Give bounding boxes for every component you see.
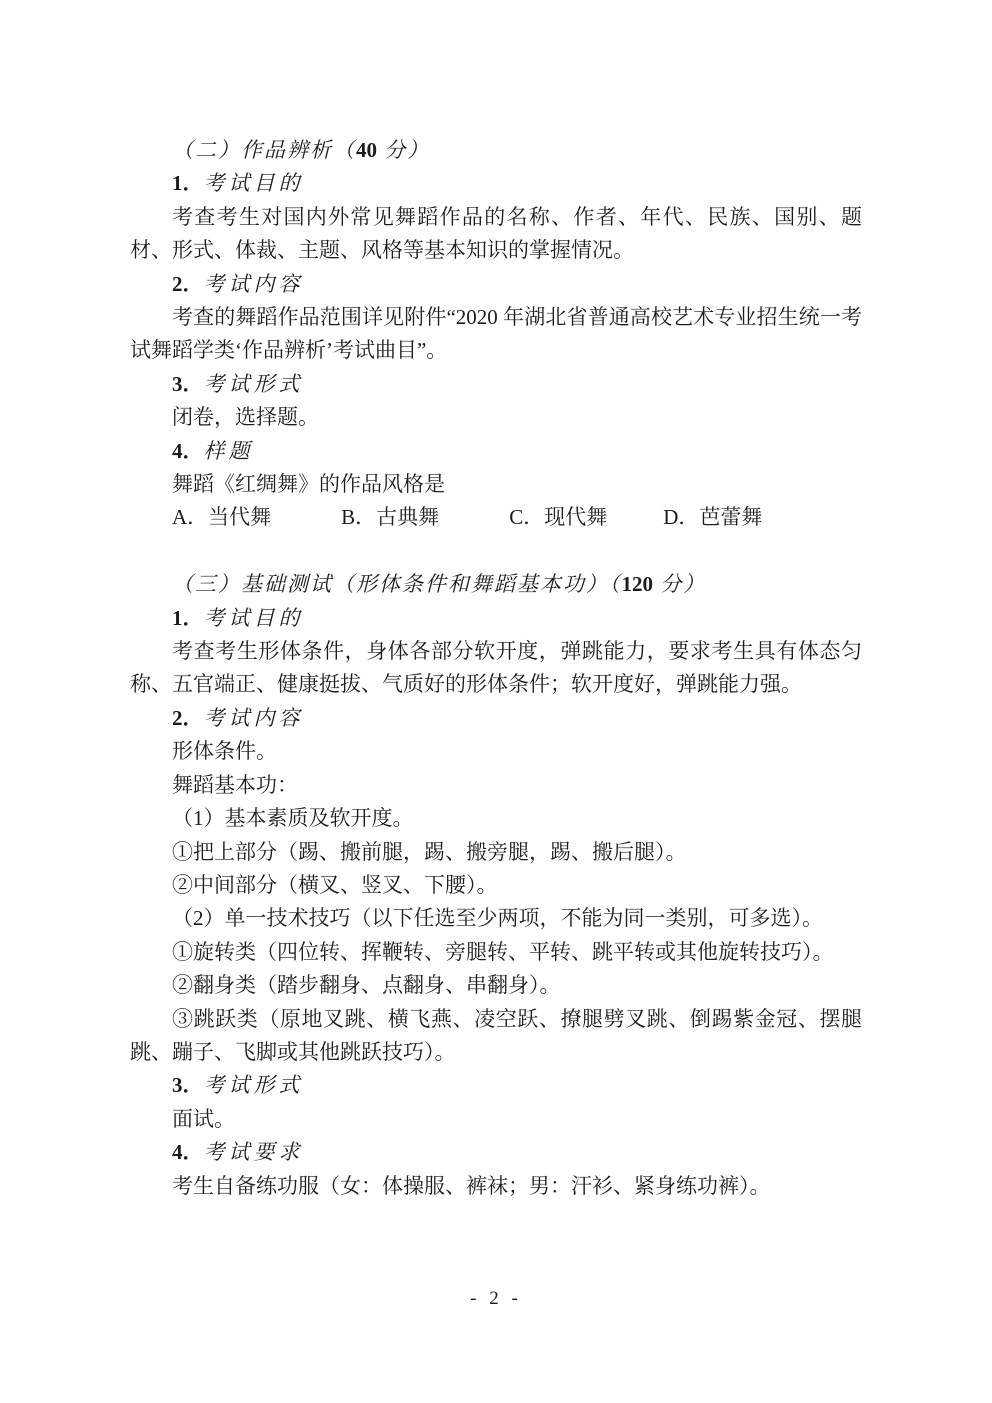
option: D．芭蕾舞 xyxy=(663,501,762,534)
heading-number: 4． xyxy=(172,1140,204,1164)
option: B．古典舞 xyxy=(341,501,439,534)
spacer xyxy=(130,535,862,568)
paragraph: （2）单一技术技巧（以下任选至少两项，不能为同一类别，可多选）。 xyxy=(130,902,862,935)
paragraph: 闭卷，选择题。 xyxy=(130,401,862,434)
paragraph: ②翻身类（踏步翻身、点翻身、串翻身）。 xyxy=(130,969,862,1002)
paragraph: ②中间部分（横叉、竖叉、下腰）。 xyxy=(130,869,862,902)
heading-number: 3． xyxy=(172,372,204,396)
heading-text: 考试形式 xyxy=(204,1073,304,1097)
paragraph: 考生自备练功服（女：体操服、裤袜；男：汗衫、紧身练功裤）。 xyxy=(130,1170,862,1203)
heading-score: 120 xyxy=(622,572,654,596)
section-heading: （二）作品辨析（40 分） xyxy=(130,134,862,167)
heading-text: 考试目的 xyxy=(204,606,304,630)
document-page: （二）作品辨析（40 分）1．考试目的考查考生对国内外常见舞蹈作品的名称、作者、… xyxy=(0,0,992,1403)
option: C．现代舞 xyxy=(509,501,607,534)
heading-number: 4． xyxy=(172,439,204,463)
paragraph: 形体条件。 xyxy=(130,735,862,768)
paragraph: 考查考生对国内外常见舞蹈作品的名称、作者、年代、民族、国别、题材、形式、体裁、主… xyxy=(130,201,862,268)
paragraph: ①旋转类（四位转、挥鞭转、旁腿转、平转、跳平转或其他旋转技巧）。 xyxy=(130,936,862,969)
numbered-heading: 1．考试目的 xyxy=(130,602,862,635)
numbered-heading: 3．考试形式 xyxy=(130,368,862,401)
heading-text: 考试要求 xyxy=(204,1140,304,1164)
paragraph: 考查的舞蹈作品范围详见附件“2020 年湖北省普通高校艺术专业招生统一考试舞蹈学… xyxy=(130,301,862,368)
heading-text: 考试内容 xyxy=(204,272,304,296)
paragraph: （1）基本素质及软开度。 xyxy=(130,802,862,835)
numbered-heading: 2．考试内容 xyxy=(130,702,862,735)
heading-score: 40 xyxy=(356,138,377,162)
options-row: A．当代舞B．古典舞C．现代舞D．芭蕾舞 xyxy=(130,501,862,534)
paragraph: ①把上部分（踢、搬前腿，踢、搬旁腿，踢、搬后腿）。 xyxy=(130,836,862,869)
heading-number: 3． xyxy=(172,1073,204,1097)
heading-text: 考试目的 xyxy=(204,171,304,195)
heading-text: 考试内容 xyxy=(204,706,304,730)
heading-number: 1． xyxy=(172,171,204,195)
heading-text: （二）作品辨析（ xyxy=(172,138,356,162)
heading-number: 1． xyxy=(172,606,204,630)
document-content: （二）作品辨析（40 分）1．考试目的考查考生对国内外常见舞蹈作品的名称、作者、… xyxy=(130,134,862,1203)
numbered-heading: 2．考试内容 xyxy=(130,268,862,301)
heading-text: 分） xyxy=(653,572,706,596)
numbered-heading: 4．考试要求 xyxy=(130,1136,862,1169)
heading-text: 样题 xyxy=(204,439,254,463)
paragraph: 考查考生形体条件，身体各部分软开度，弹跳能力，要求考生具有体态匀称、五官端正、健… xyxy=(130,635,862,702)
heading-number: 2． xyxy=(172,706,204,730)
heading-text: （三）基础测试（形体条件和舞蹈基本功）（ xyxy=(172,572,622,596)
option: A．当代舞 xyxy=(172,501,271,534)
paragraph: 面试。 xyxy=(130,1103,862,1136)
paragraph: 舞蹈《红绸舞》的作品风格是 xyxy=(130,468,862,501)
paragraph: 舞蹈基本功： xyxy=(130,769,862,802)
numbered-heading: 1．考试目的 xyxy=(130,167,862,200)
heading-text: 考试形式 xyxy=(204,372,304,396)
heading-number: 2． xyxy=(172,272,204,296)
page-number: - 2 - xyxy=(0,1288,992,1310)
section-heading: （三）基础测试（形体条件和舞蹈基本功）（120 分） xyxy=(130,568,862,601)
numbered-heading: 4．样题 xyxy=(130,435,862,468)
heading-text: 分） xyxy=(377,138,430,162)
paragraph: ③跳跃类（原地叉跳、横飞燕、凌空跃、撩腿劈叉跳、倒踢紫金冠、摆腿跳、蹦子、飞脚或… xyxy=(130,1003,862,1070)
numbered-heading: 3．考试形式 xyxy=(130,1069,862,1102)
